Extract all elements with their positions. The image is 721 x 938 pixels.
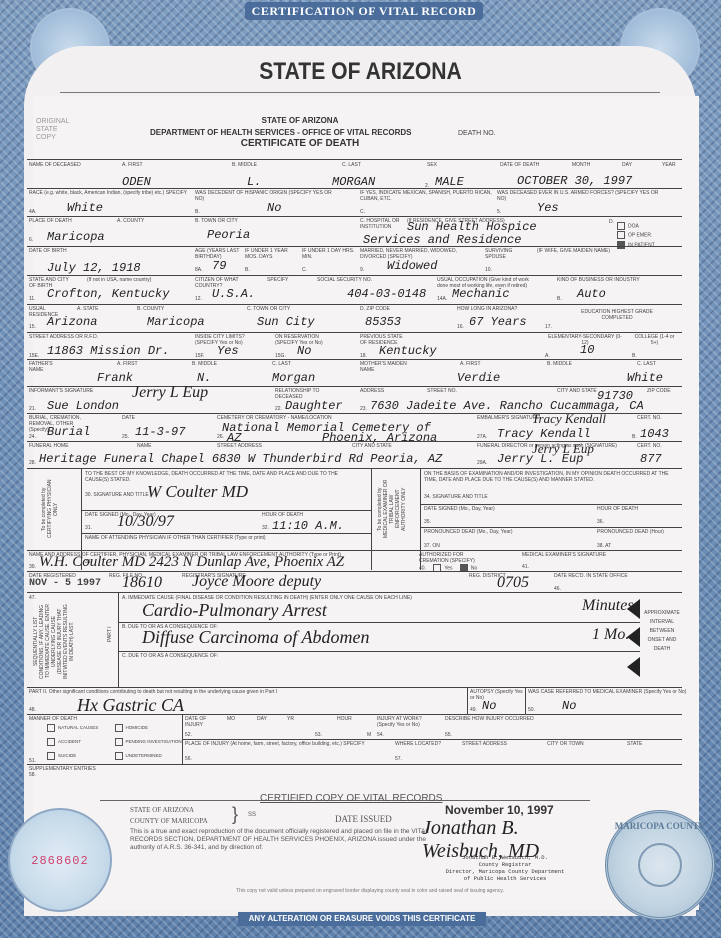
rule [27, 714, 682, 715]
street-label: STREET ADDRESS [462, 741, 507, 747]
checkbox[interactable] [47, 724, 55, 732]
field-num: 5. [497, 209, 501, 215]
rule [27, 275, 682, 276]
date-signed-label: DATE SIGNED (Mo., Day, Year) [424, 506, 495, 512]
race-label: RACE (e.g. white, black, American Indian… [29, 190, 189, 196]
place-label: PLACE OF DEATH [29, 218, 72, 224]
date-of-death: OCTOBER 30, 1997 [517, 174, 632, 188]
interval-label: APPROXIMATE INTERVAL BETWEEN ONSET AND D… [643, 609, 681, 654]
field-num: C. [302, 267, 307, 273]
certification-statement: This is a true and exact reproduction of… [130, 828, 435, 852]
option-op-emer[interactable]: OP EMER. [617, 231, 655, 240]
hispanic-value: No [267, 201, 281, 215]
option-label: OP EMER. [628, 233, 652, 239]
rule [27, 216, 682, 217]
deceased-last-name: MORGAN [332, 175, 375, 189]
arrow-icon [627, 657, 640, 677]
checkbox[interactable] [115, 738, 123, 746]
field-num: 16. [457, 324, 464, 330]
certification-footer: CERTIFIED COPY OF VITAL RECORDS STATE OF… [100, 790, 590, 910]
certificate-title: CERTIFICATE OF DEATH [0, 138, 600, 149]
sex-value: MALE [435, 175, 464, 189]
street-label: STREET ADDRESS OR R.F.D. [29, 334, 98, 340]
under-day-label: IF UNDER 1 DAY HRS. MIN. [302, 248, 357, 260]
field-num: B. [557, 296, 562, 302]
rule [81, 533, 371, 534]
field-num: 38. AT [597, 543, 611, 549]
rule [27, 188, 682, 189]
supplementary-label: SUPPLEMENTARY ENTRIES [29, 766, 96, 772]
inside-city-value: Yes [217, 344, 239, 358]
armed-forces-value: Yes [537, 201, 559, 215]
field-num: 24. [29, 434, 36, 440]
physician-date-signed: 10/30/97 [117, 513, 174, 531]
city-state-label: CITY AND STATE [352, 443, 392, 449]
rule [27, 359, 682, 360]
injury-place-label: PLACE OF INJURY (At home, farm, street, … [185, 741, 375, 747]
how-long-label: HOW LONG IN ARIZONA? [457, 306, 517, 312]
reg-district: 0705 [497, 574, 529, 592]
field-num: 4A. [29, 209, 37, 215]
rule [27, 332, 682, 333]
option-label: DOA [628, 223, 639, 229]
marital-value: Widowed [387, 259, 437, 273]
director-name: Jerry L. Eup [497, 452, 583, 466]
citizen-specify: SPECIFY [267, 277, 288, 283]
funeral-home-label: FUNERAL HOME [29, 443, 69, 449]
checkbox[interactable] [617, 222, 625, 230]
how-long-value: 67 Years [469, 315, 527, 329]
option-label: NATURAL CAUSES [58, 725, 98, 730]
zip-label: ZIP CODE [647, 388, 671, 394]
birthplace-note: (If not in USA, name country) [87, 277, 151, 283]
death-no-label: DEATH NO. [458, 130, 496, 137]
hour-label: HOUR [337, 716, 352, 722]
autopsy-value: No [482, 699, 496, 713]
me-signature-label: MEDICAL EXAMINER'S SIGNATURE [522, 552, 606, 558]
residence-street: 11863 Mission Dr. [47, 344, 169, 358]
yr-label: YR [287, 716, 294, 722]
occupation-value: Mechanic [452, 287, 510, 301]
arrow-icon [627, 599, 640, 619]
hispanic-label: WAS DECEDENT OF HISPANIC ORIGIN (SPECIFY… [195, 190, 335, 202]
pronounced-hour-label: PRONOUNCED DEAD (Hour) [597, 529, 664, 535]
field-num: 21. [29, 406, 36, 412]
rule [27, 386, 682, 387]
cause-b-interval: 1 Mo. [592, 626, 629, 644]
rule [27, 246, 682, 247]
certified-copy-heading: CERTIFIED COPY OF VITAL RECORDS [260, 793, 442, 804]
first-label: A. FIRST [460, 361, 481, 367]
director-cert-no: 877 [640, 452, 662, 466]
field-num: 36. [597, 519, 604, 525]
field-num: 31. [85, 525, 92, 531]
education-label: EDUCATION HIGHEST GRADE COMPLETED [567, 309, 667, 321]
day-label: DAY [257, 716, 267, 722]
spouse-label: SURVIVING SPOUSE [485, 248, 515, 260]
field-num: 26. [217, 434, 224, 440]
department-line: DEPARTMENT OF HEALTH SERVICES - OFFICE O… [150, 128, 412, 137]
part-two-value: Hx Gastric CA [77, 695, 184, 716]
option-doa[interactable]: DOA [617, 222, 655, 231]
rule [27, 468, 682, 469]
checkbox[interactable] [115, 752, 123, 760]
field-num: 12. [195, 296, 202, 302]
me-side-label: To be completed by MEDICAL EXAMINER OR T… [377, 479, 417, 539]
referred-value: No [562, 699, 576, 713]
field-num: 58. [29, 772, 36, 778]
registrar-block: Jonathan B. Weisbuch, M.D. County Regist… [430, 854, 580, 882]
serial-seal: 2868602 [8, 808, 112, 912]
rule [27, 687, 682, 688]
checkbox[interactable] [47, 752, 55, 760]
field-num: 41. [522, 564, 529, 570]
last-label: C. LAST [637, 361, 656, 367]
rule [118, 651, 640, 652]
referred-label: WAS CASE REFERRED TO MEDICAL EXAMINER (S… [528, 689, 686, 695]
manner-homicide[interactable]: HOMICIDE [115, 724, 183, 732]
serial-number: 2868602 [10, 854, 110, 868]
state-label: STATE [627, 741, 642, 747]
middle-label: B. MIDDLE [192, 361, 217, 367]
rule [27, 159, 682, 160]
spouse-note: (IF WIFE, GIVE MAIDEN NAME) [537, 248, 610, 254]
reservation-value: No [297, 344, 311, 358]
name-label: NAME [137, 443, 151, 449]
street-label: STREET ADDRESS [217, 443, 262, 449]
hour-label: HOUR OF DEATH [262, 512, 303, 518]
field-num: 39. [29, 564, 36, 570]
manner-label: MANNER OF DEATH [29, 716, 77, 722]
rule [420, 527, 682, 528]
cause-c-label: C. DUE TO OR AS A CONSEQUENCE OF: [122, 653, 218, 659]
field-num: 55. [445, 732, 452, 738]
field-num: 8A. [195, 267, 203, 273]
last-label: C. LAST [342, 162, 361, 168]
under-year-label: IF UNDER 1 YEAR MOS. DAYS [245, 248, 300, 260]
month-label: MONTH [572, 162, 590, 168]
county-label: A. COUNTY [117, 218, 144, 224]
death-town: Peoria [207, 228, 250, 242]
option-label: HOMICIDE [126, 725, 149, 730]
registrar-title: County Registrar [430, 861, 580, 868]
date-issued-label: DATE ISSUED [335, 814, 392, 824]
last-label: C. LAST [272, 361, 291, 367]
rule [118, 622, 640, 623]
field-num: 27A. [477, 434, 487, 440]
manner-suicide[interactable]: SUICIDE [47, 752, 115, 760]
field-num: 54. [377, 732, 384, 738]
armed-forces-label: WAS DECEASED EVER IN U.S. ARMED FORCES? … [497, 190, 667, 202]
describe-label: DESCRIBE HOW INJURY OCCURRED [445, 716, 534, 722]
informant-signature: Jerry L Eup [132, 384, 208, 402]
state-office-label: DATE REC'D. IN STATE OFFICE [554, 573, 628, 579]
disposition-date: 11-3-97 [135, 425, 185, 439]
cause-b: Diffuse Carcinoma of Abdomen [142, 627, 370, 648]
cause-side-label: SEQUENTIALLY LIST CONDITIONS, IF ANY, LE… [33, 604, 103, 679]
residence-zip: 85353 [365, 315, 401, 329]
field-num: D. [609, 218, 614, 227]
father-middle: N. [197, 371, 211, 385]
checkbox[interactable] [115, 724, 123, 732]
field-num: 11. [29, 296, 36, 302]
county-label: B. COUNTY [137, 306, 164, 312]
field-num: 6. [29, 237, 33, 243]
hispanic-detail-label: IF YES, INDICATE MEXICAN, SPANISH, PUERT… [360, 190, 500, 202]
seal-emblem-icon [638, 843, 682, 887]
checkbox[interactable] [47, 738, 55, 746]
ss-label: SS [248, 812, 256, 818]
field-num: C. [360, 209, 365, 215]
arrow-icon [627, 627, 640, 647]
field-num: B. [632, 434, 637, 440]
field-num: 53. [315, 732, 322, 738]
embalmer-signature: Tracy Kendall [532, 411, 606, 427]
field-num: B. [245, 267, 250, 273]
date-issued: November 10, 1997 [445, 803, 554, 817]
rule [420, 504, 682, 505]
mo-label: MO [227, 716, 235, 722]
field-num: 17. [545, 324, 552, 330]
zip-label: D. ZIP CODE [360, 306, 390, 312]
field-num: 9. [360, 267, 364, 273]
option-label: ACCIDENT [58, 739, 81, 744]
field-num: 22. [275, 406, 282, 412]
physician-sig-label: 30. SIGNATURE AND TITLE [85, 492, 149, 498]
prev-state-value: Kentucky [379, 344, 437, 358]
industry-value: Auto [577, 287, 606, 301]
funeral-home-value: Heritage Funeral Chapel 6830 W Thunderbi… [39, 452, 442, 466]
rule [27, 764, 682, 765]
day-label: DAY [622, 162, 632, 168]
registrar-name: Jonathan B. Weisbuch, M.D. [430, 854, 580, 861]
middle-label: B. MIDDLE [547, 361, 572, 367]
father-last: Morgan [272, 371, 315, 385]
state-label: A. STATE [77, 306, 98, 312]
date-of-birth: July 12, 1918 [47, 261, 141, 275]
cert-no-label: CERT. NO. [637, 415, 662, 421]
rule [27, 550, 682, 551]
college-label: COLLEGE (1-4 or 5+) [632, 334, 677, 346]
registrar-dept: of Public Health Services [430, 875, 580, 882]
field-num: 29A. [477, 460, 487, 466]
footer-county: COUNTY OF MARICOPA [130, 817, 208, 825]
city-label: CITY OR TOWN [547, 741, 584, 747]
option-label: SUICIDE [58, 753, 76, 758]
name-label: NAME OF DECEASED [29, 162, 81, 168]
rule [182, 739, 682, 740]
option-label: UNDETERMINED [126, 753, 162, 758]
informant-name: Sue London [47, 399, 119, 413]
manner-pending[interactable]: PENDING INVESTIGATION [115, 738, 183, 746]
field-num: 47. [29, 595, 36, 601]
rule [27, 571, 682, 572]
mother-last: White [627, 371, 663, 385]
elementary-value: 10 [580, 343, 594, 357]
embalmer-cert-no: 1043 [640, 427, 669, 441]
residence-state: Arizona [47, 315, 97, 329]
ssn-label: SOCIAL SECURITY NO. [317, 277, 372, 283]
ssn-value: 404-03-0148 [347, 287, 426, 301]
cause-a: Cardio-Pulmonary Arrest [142, 600, 327, 621]
pronounced-label: PRONOUNCED DEAD (Mo., Day, Year) [424, 529, 513, 535]
informant-sig-label: INFORMANT'S SIGNATURE [29, 388, 93, 394]
field-num: 48. [29, 707, 36, 713]
age-value: 79 [212, 259, 226, 273]
date-label: DATE [122, 415, 135, 421]
race-value: White [67, 201, 103, 215]
rule [27, 592, 682, 593]
residence-county: Maricopa [147, 315, 205, 329]
town-label: B. TOWN OR CITY [195, 218, 238, 224]
middle-label: B. MIDDLE [232, 162, 257, 168]
title-divider [60, 92, 660, 93]
address-label: ADDRESS [360, 388, 384, 394]
first-label: A. FIRST [122, 162, 143, 168]
mother-label: MOTHER'S MAIDEN NAME [360, 361, 410, 373]
hour-label: HOUR OF DEATH [597, 506, 638, 512]
me-sig-label: 34. SIGNATURE AND TITLE [424, 494, 488, 500]
father-label: FATHER'S NAME [29, 361, 59, 373]
sex-label: SEX [427, 162, 437, 168]
manner-natural[interactable]: NATURAL CAUSES [47, 724, 115, 732]
stamp-line: STATE [36, 126, 69, 134]
state-title: STATE OF ARIZONA [43, 58, 677, 86]
checkbox-checked[interactable] [617, 241, 625, 249]
street-no-label: STREET NO. [427, 388, 457, 394]
industry-label: KIND OF BUSINESS OR INDUSTRY [557, 277, 640, 283]
rule [525, 687, 526, 714]
first-label: A. FIRST [117, 361, 138, 367]
field-num: 49. [470, 707, 477, 713]
field-num: 10. [485, 267, 492, 273]
year-label: YEAR [662, 162, 676, 168]
date-registered: NOV - 5 1997 [29, 578, 101, 589]
rule [118, 592, 119, 687]
manner-undetermined[interactable]: UNDETERMINED [115, 752, 183, 760]
death-certificate-form: NAME OF DECEASED A. FIRST B. MIDDLE C. L… [27, 159, 682, 774]
autopsy-label: AUTOPSY (Specify Yes or No) [470, 689, 525, 701]
residence-town: Sun City [257, 315, 315, 329]
footer-state: STATE OF ARIZONA [130, 806, 194, 814]
manner-accident[interactable]: ACCIDENT [47, 738, 115, 746]
field-num: 23. [360, 406, 367, 412]
field-num: 14A. [437, 296, 447, 302]
field-num: 15. [29, 324, 36, 330]
reg-file-no: 18610 [122, 574, 162, 592]
manner-options: NATURAL CAUSES HOMICIDE ACCIDENT PENDING… [47, 724, 182, 760]
cremation-label: AUTHORIZED FOR CREMATION (SPECIFY) [419, 552, 489, 564]
attending-label: NAME OF ATTENDING PHYSICIAN IF OTHER THA… [85, 535, 266, 541]
disposition-method: Burial [47, 425, 90, 439]
cert-no-label: CERT. NO. [637, 443, 662, 449]
dob-label: DATE OF BIRTH [29, 248, 67, 254]
at-work-label: INJURY AT WORK? (Specify Yes or No) [377, 716, 432, 728]
field-num: 57. [395, 756, 402, 762]
checkbox[interactable] [617, 231, 625, 239]
rule [371, 468, 372, 570]
state-line: STATE OF ARIZONA [0, 116, 600, 125]
place-type-group: D. [609, 218, 614, 227]
father-first: Frank [97, 371, 133, 385]
death-county: Maricopa [47, 230, 105, 244]
field-num: 56. [185, 756, 192, 762]
field-num: 28. [29, 460, 36, 466]
brace-icon: } [232, 804, 238, 825]
field-num: 25. [122, 434, 129, 440]
registrar-dept: Director, Maricopa County Department [430, 868, 580, 875]
validity-note: This copy not valid unless prepared on e… [160, 888, 580, 894]
hour-suffix: M [367, 732, 371, 738]
hour-of-death: 11:10 A.M. [272, 519, 344, 533]
physician-side-label: To be completed by CERTIFYING PHYSICIAN … [41, 479, 69, 539]
citizen-value: U.S.A. [212, 287, 255, 301]
option-label: PENDING INVESTIGATION [126, 739, 182, 744]
field-num: 52. [185, 732, 192, 738]
cause-a-interval: Minutes [582, 597, 634, 615]
town-label: C. TOWN OR CITY [247, 306, 290, 312]
rule [27, 304, 682, 305]
mother-first: Verdie [457, 371, 500, 385]
option-label: IN PATIENT [628, 242, 655, 248]
registrar-signature: Joyce Moore deputy [192, 573, 321, 591]
dod-label: DATE OF DEATH [500, 162, 539, 168]
alteration-warning-banner: ANY ALTERATION OR ERASURE VOIDS THIS CER… [238, 912, 486, 926]
certifier-value: W.H. Coulter MD 2423 N Dunlap Ave, Phoen… [39, 554, 344, 571]
embalmer-sig-label: EMBALMER'S SIGNATURE [477, 415, 540, 421]
deceased-first-name: ODEN [122, 175, 151, 189]
certification-banner: CERTIFICATION OF VITAL RECORD [245, 2, 483, 20]
relationship-value: Daughter [285, 399, 343, 413]
hospital-line-1: Sun Health Hospice [407, 220, 537, 234]
seal-text: MARICOPA COUNTY [608, 821, 712, 831]
embalmer-name: Tracy Kendall [497, 427, 591, 441]
hospital-line-2: Services and Residence [363, 233, 521, 247]
field-num: 32. [262, 525, 269, 531]
field-num: 37. ON [424, 543, 440, 549]
me-statement: ON THE BASIS OF EXAMINATION AND/OR INVES… [424, 471, 679, 483]
birthplace-value: Crofton, Kentucky [47, 287, 169, 301]
injury-date-label: DATE OF INJURY [185, 716, 215, 728]
field-num: B. [195, 209, 200, 215]
field-num: 50. [528, 707, 535, 713]
rule [81, 510, 371, 511]
county-seal: MARICOPA COUNTY [605, 810, 715, 920]
physician-signature: W Coulter MD [147, 482, 248, 502]
city-state-label: CITY AND STATE [557, 388, 597, 394]
deceased-middle-name: L. [247, 175, 261, 189]
part-one-label: PART I [107, 619, 117, 649]
rule [467, 687, 468, 714]
field-num: 35. [424, 519, 431, 525]
located-label: WHERE LOCATED? [395, 741, 441, 747]
